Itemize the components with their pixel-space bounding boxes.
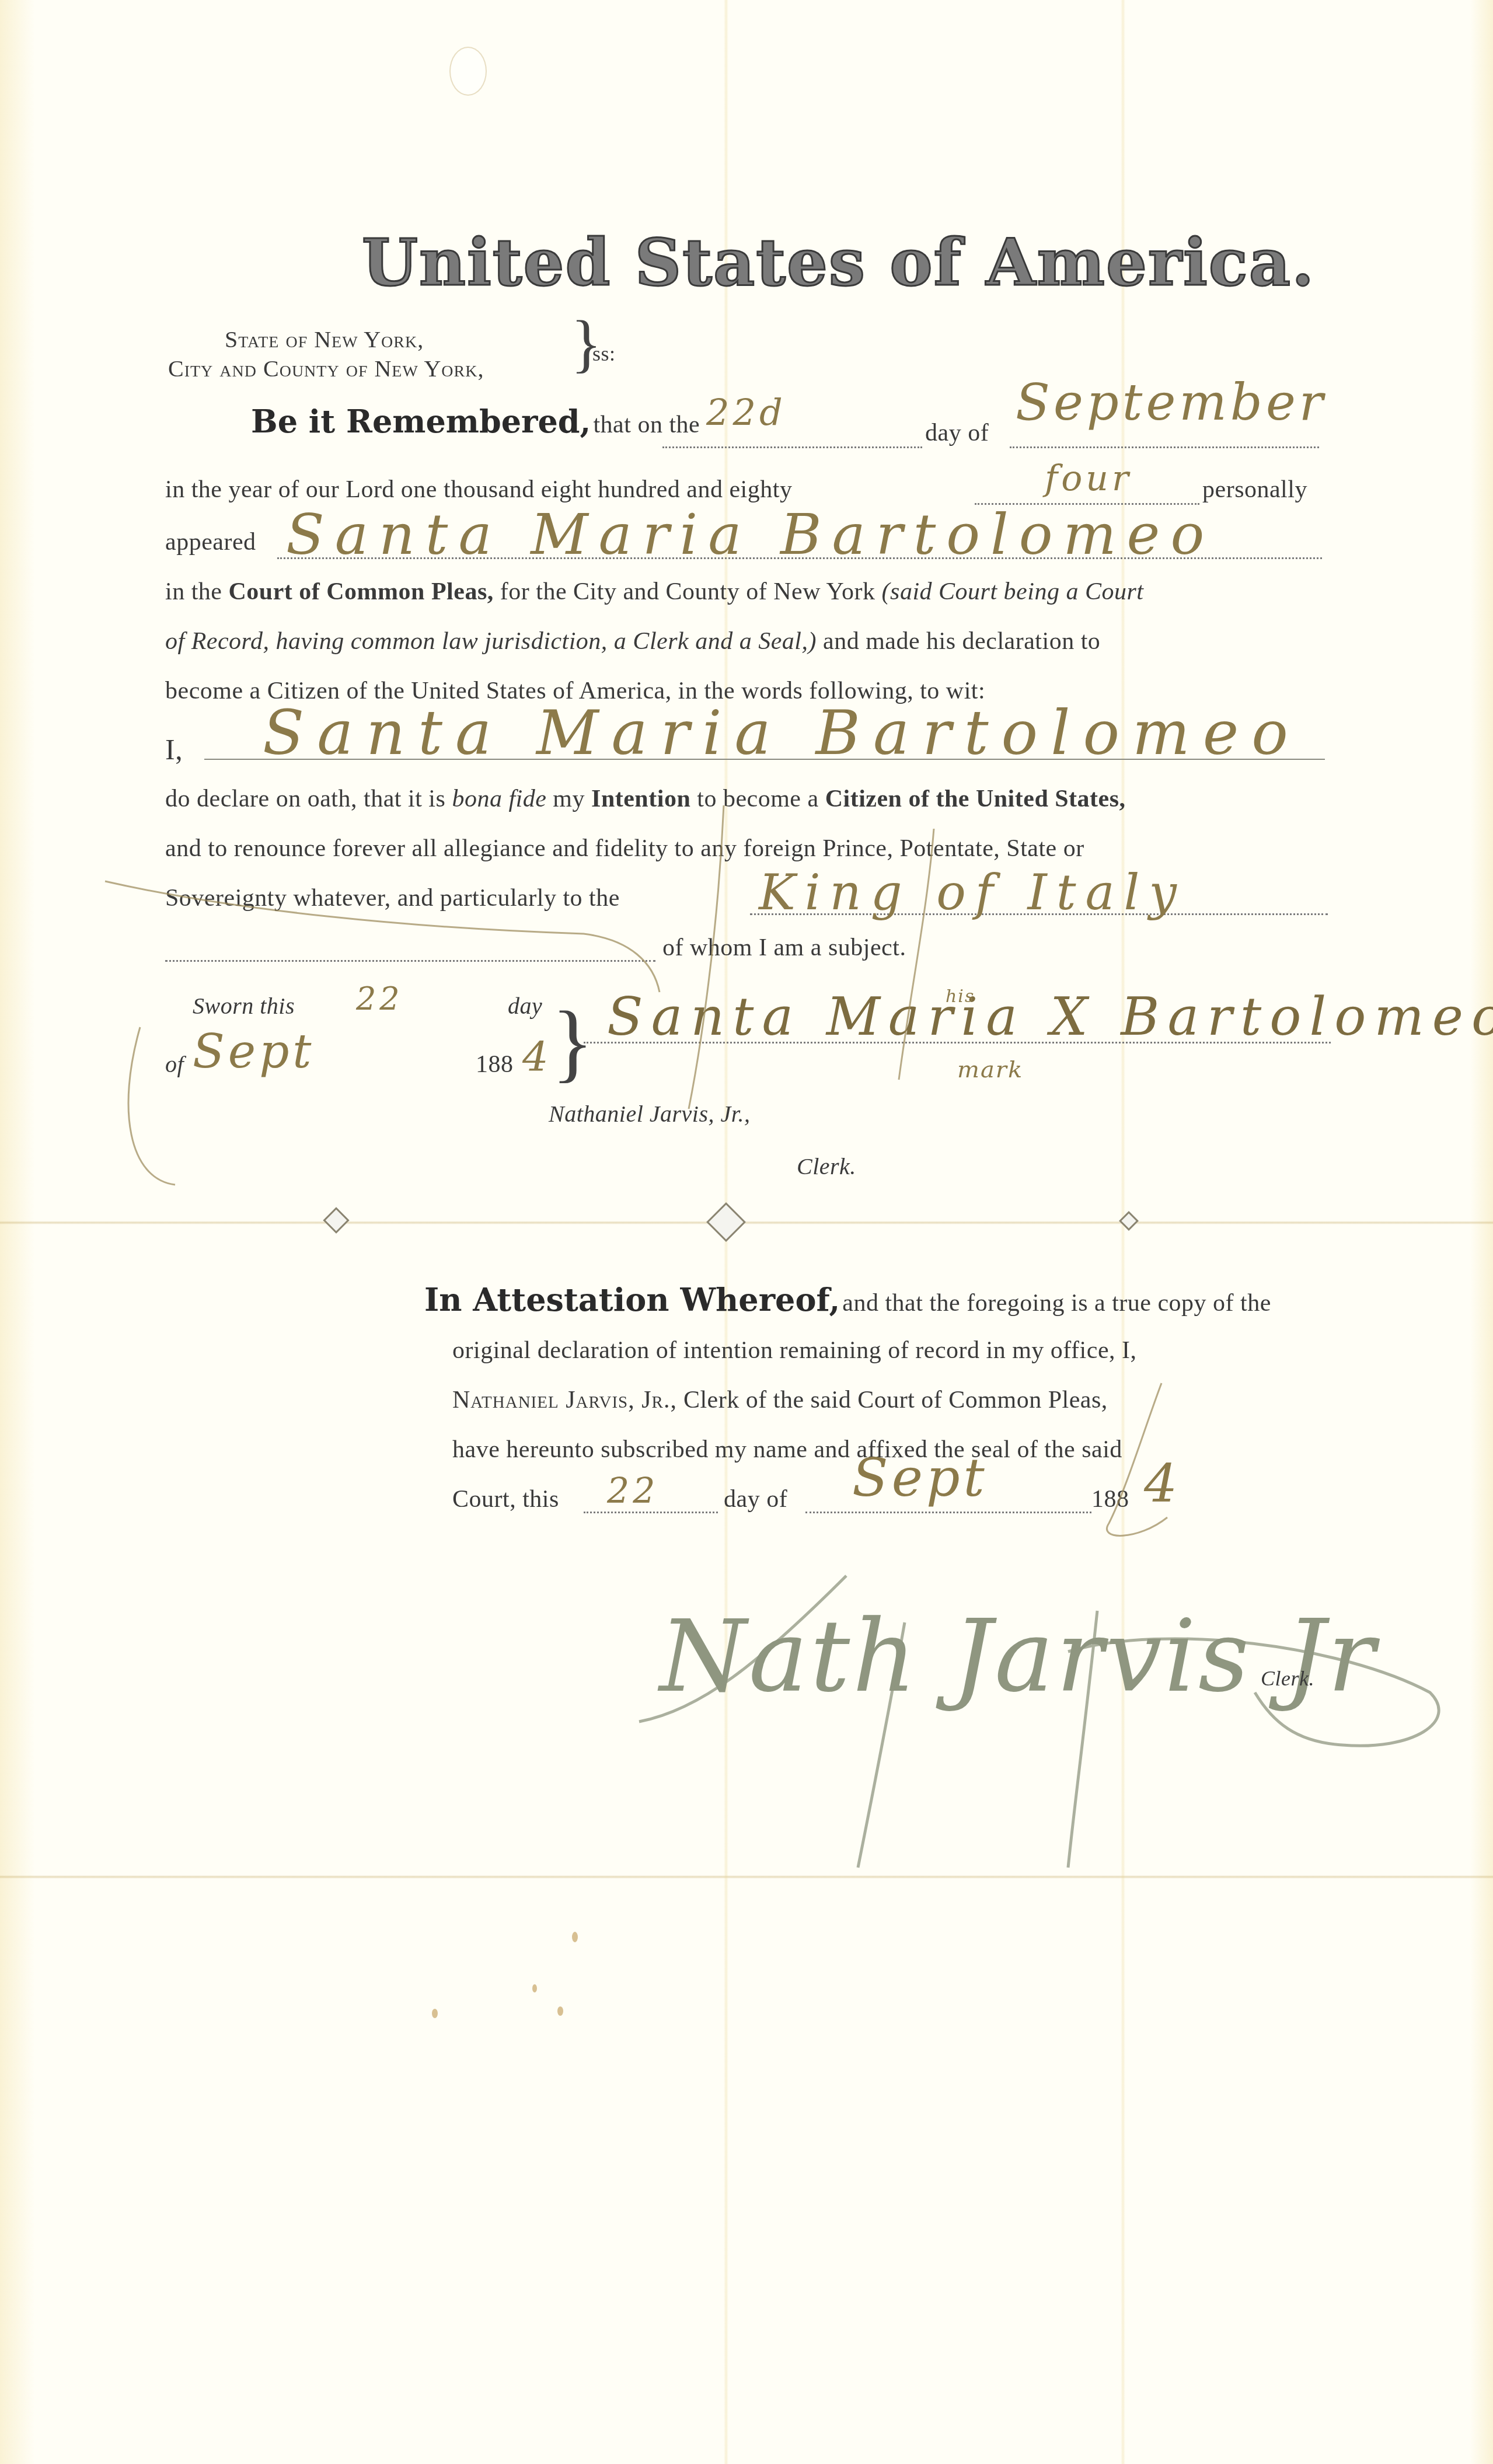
- foxing-spot: [572, 1932, 578, 1942]
- declarant-name-handwritten: Santa Maria Bartolomeo: [263, 697, 1301, 769]
- clerk-printed-title: Clerk.: [797, 1153, 856, 1180]
- sworn-label: Sworn this: [193, 992, 295, 1020]
- vertical-fold-right: [1121, 0, 1125, 2464]
- oath-line3-text: Sovereignty whatever, and particularly t…: [165, 884, 620, 912]
- attestation-month-blank: [805, 1512, 1091, 1513]
- foxing-spot: [557, 2006, 563, 2016]
- appeared-name-handwritten: Santa Maria Bartolomeo: [286, 502, 1215, 567]
- mark-label: mark: [957, 1056, 1023, 1083]
- attestation-lead: In Attestation Whereof,: [424, 1281, 840, 1318]
- horizontal-fold-lower: [0, 1875, 1493, 1879]
- clerk-signature-title: Clerk.: [1261, 1666, 1314, 1691]
- sworn-month-handwritten: Sept: [193, 1024, 315, 1079]
- attestation-line5-text-1: Court, this: [452, 1485, 559, 1513]
- court-line2-italic: of Record, having common law jurisdictio…: [165, 628, 817, 655]
- month-blank: [1010, 446, 1319, 448]
- day-blank: [662, 446, 922, 448]
- his-label: his: [946, 986, 975, 1007]
- sworn-year-handwritten: 4: [522, 1033, 552, 1081]
- court-name: Court of Common Pleas,: [228, 578, 493, 605]
- oath-citizen-us: Citizen of the United States,: [825, 786, 1126, 812]
- attestation-day-blank: [584, 1512, 718, 1513]
- document-title: United States of America.: [362, 225, 1315, 300]
- sworn-of-label: of: [165, 1050, 184, 1078]
- attestation-year-prefix: 188: [1091, 1485, 1129, 1513]
- day-handwritten: 22d: [706, 391, 786, 434]
- court-line2-text: and made his declaration to: [823, 628, 1100, 655]
- attestation-line5-text-2: day of: [724, 1485, 787, 1513]
- attestation-line3: Clerk of the said Court of Common Pleas,: [683, 1387, 1108, 1414]
- subject-blank: [165, 960, 655, 962]
- attestation-line2: original declaration of intention remain…: [452, 1336, 1137, 1364]
- attestation-clerk-name: Nathaniel Jarvis, Jr.,: [452, 1387, 677, 1414]
- month-handwritten: September: [1016, 374, 1327, 432]
- venue-city-county: City and County of New York,: [168, 355, 484, 382]
- sovereign-handwritten: King of Italy: [759, 864, 1186, 921]
- venue-state: State of New York,: [225, 326, 424, 353]
- clerk-signature: Nath Jarvis Jr: [660, 1599, 1377, 1715]
- attestation-day-handwritten: 22: [607, 1471, 658, 1512]
- sworn-day-handwritten: 22: [356, 980, 403, 1017]
- remembered-text-2: day of: [925, 419, 989, 447]
- remembered-lead: Be it Remembered,: [251, 403, 591, 440]
- year-line-text: in the year of our Lord one thousand eig…: [165, 476, 792, 504]
- attestation-line1: and that the foregoing is a true copy of…: [842, 1290, 1271, 1317]
- appeared-label: appeared: [165, 528, 256, 556]
- sworn-year-prefix: 188: [476, 1050, 514, 1079]
- oath-line4: of whom I am a subject.: [662, 934, 906, 962]
- venue-ss: ss:: [592, 341, 616, 366]
- declarant-label: I,: [165, 732, 183, 766]
- oath-line1-text-2: my: [553, 786, 585, 812]
- court-line1-italic: (said Court being a Court: [882, 578, 1144, 605]
- punch-hole: [449, 47, 487, 96]
- foxing-spot: [532, 1984, 537, 1992]
- oath-line1-text-3: to become a: [697, 786, 818, 812]
- oath-intention: Intention: [591, 786, 690, 812]
- year-line-personally: personally: [1202, 476, 1307, 504]
- oath-bona-fide: bona fide: [452, 786, 546, 812]
- attestation-month-handwritten: Sept: [852, 1447, 988, 1509]
- court-line1-text-1: in the: [165, 578, 222, 605]
- court-line1-text-2: for the City and County of New York: [500, 578, 875, 605]
- remembered-text-1: that on the: [593, 411, 700, 438]
- declarant-signature: Santa Maria X Bartolomeo: [607, 986, 1493, 1048]
- attestation-line4: have hereunto subscribed my name and aff…: [452, 1436, 1122, 1464]
- clerk-printed-name: Nathaniel Jarvis, Jr.,: [549, 1100, 750, 1128]
- oath-line2: and to renounce forever all allegiance a…: [165, 835, 1084, 863]
- horizontal-fold: [0, 1221, 1493, 1224]
- year-handwritten: four: [1045, 458, 1132, 499]
- attestation-year-handwritten: 4: [1144, 1453, 1181, 1514]
- sworn-day-label: day: [508, 992, 542, 1020]
- foxing-spot: [432, 2009, 438, 2018]
- oath-line1-text-1: do declare on oath, that it is: [165, 786, 445, 812]
